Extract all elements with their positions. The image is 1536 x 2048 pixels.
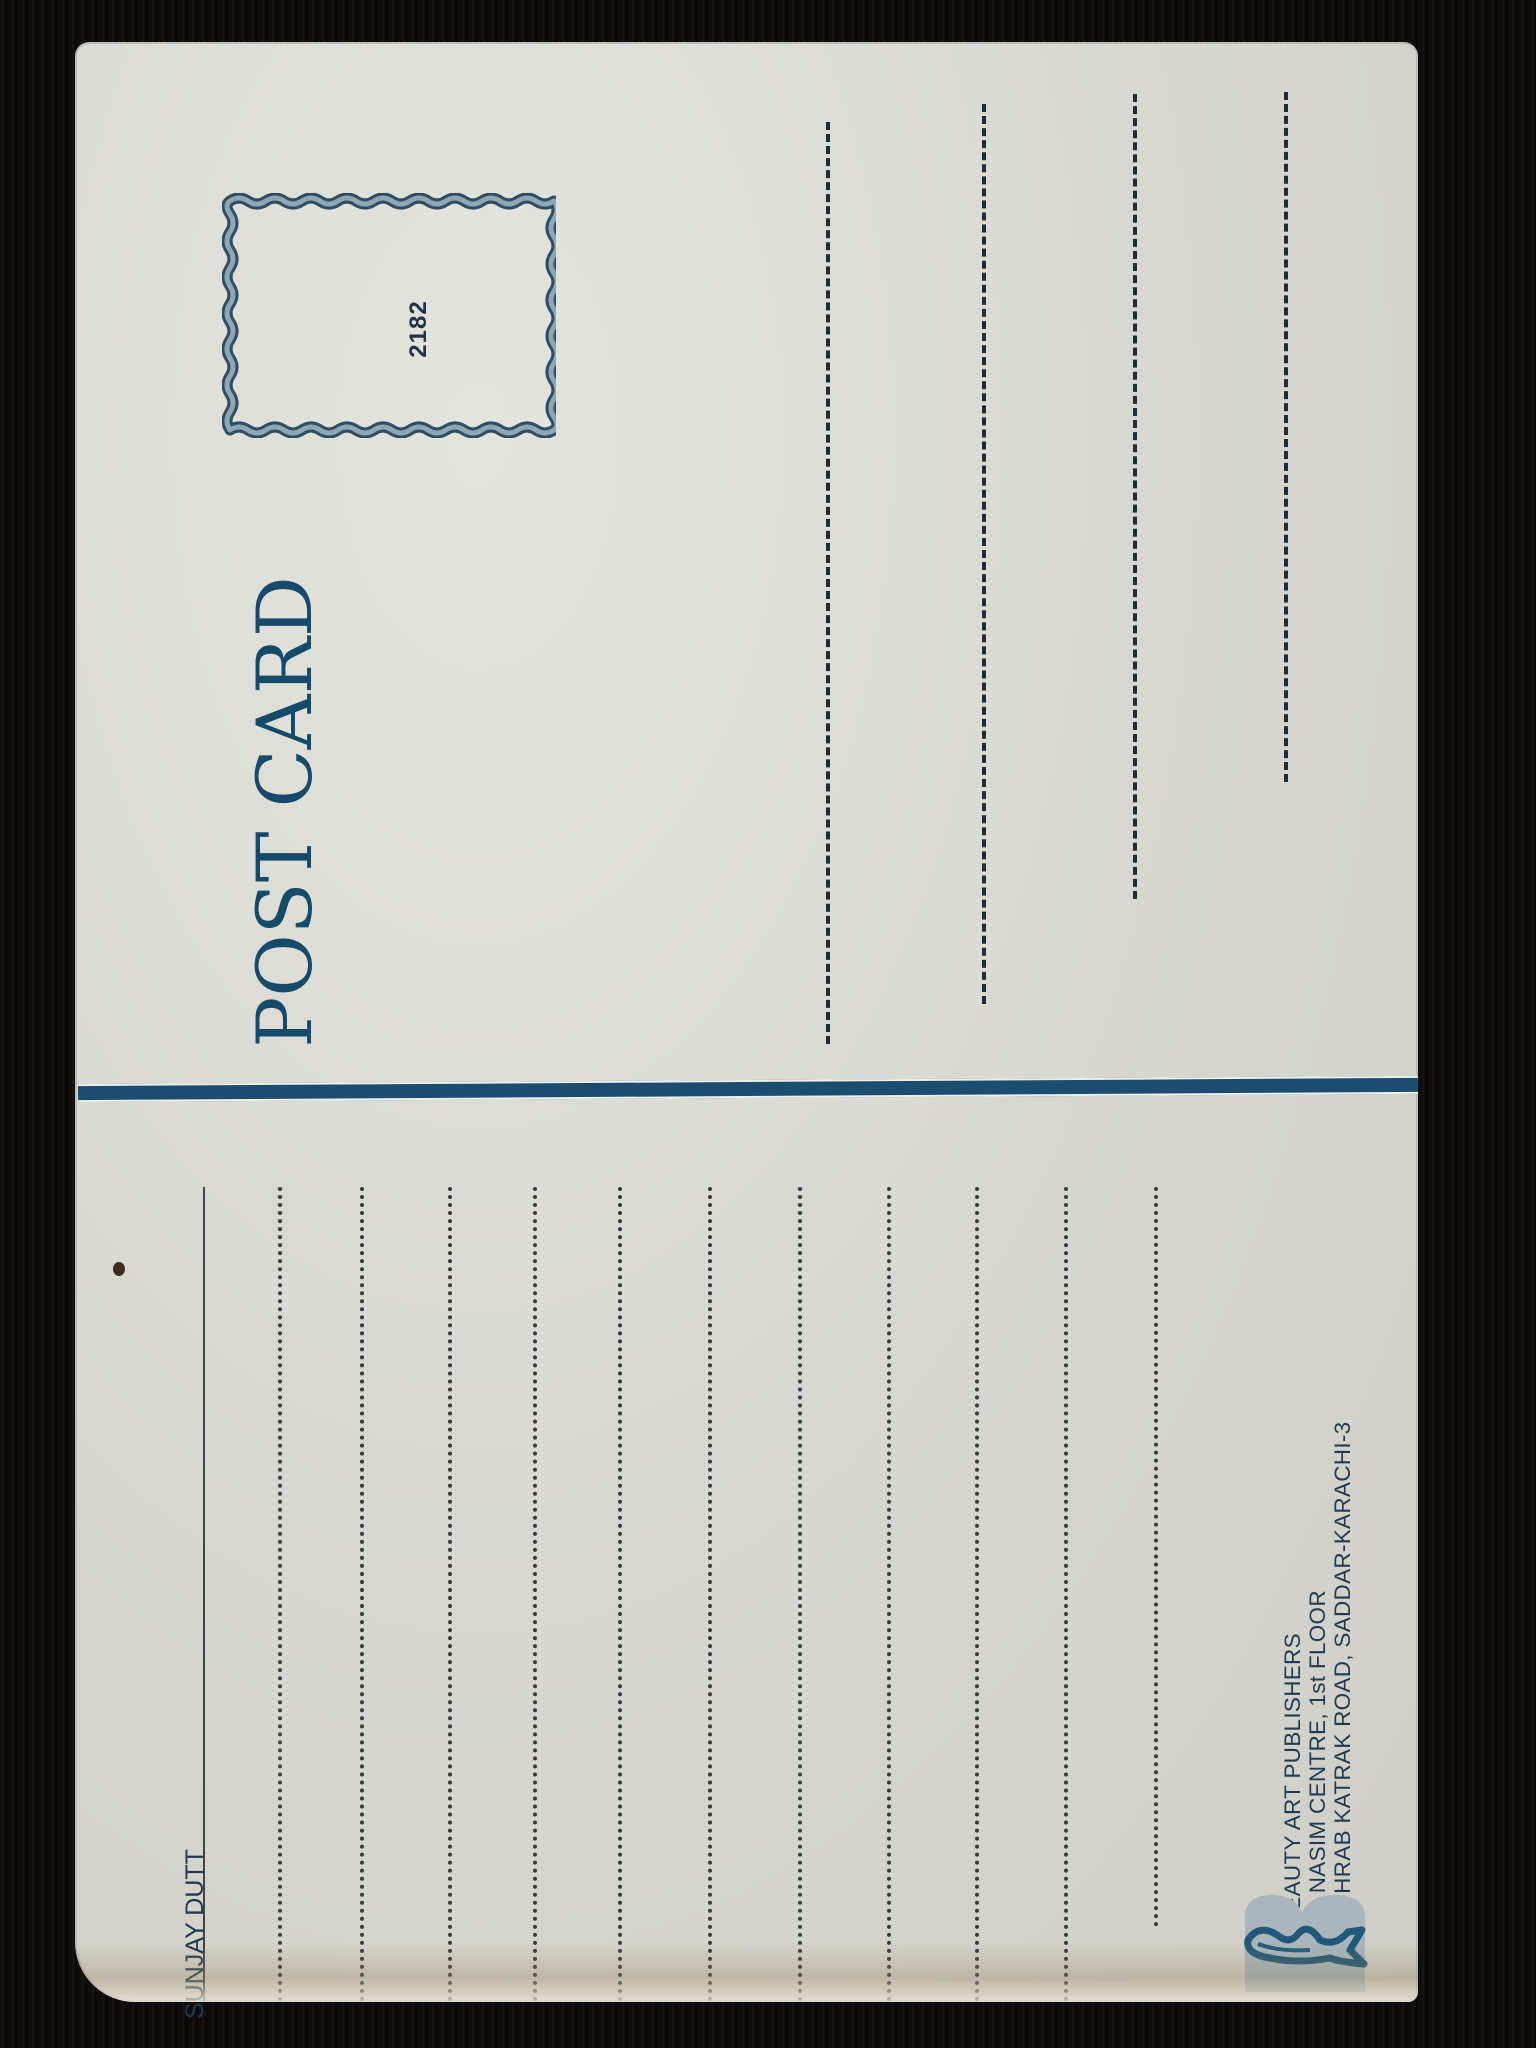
- stamp-number: 2182: [405, 294, 433, 364]
- message-line[interactable]: [1064, 1187, 1068, 2002]
- message-line[interactable]: [278, 1187, 282, 2002]
- post-card-title: POST CARD: [245, 562, 325, 1062]
- address-line-3[interactable]: [1133, 94, 1137, 899]
- address-line-1[interactable]: [826, 122, 830, 1044]
- stamp-frame-icon: [222, 193, 556, 438]
- message-line[interactable]: [975, 1187, 979, 2002]
- message-line[interactable]: [708, 1187, 712, 2002]
- message-line[interactable]: [798, 1187, 802, 2002]
- publisher-address-2: SOHRAB KATRAK ROAD, SADDAR-KARACHI-3: [1330, 1477, 1355, 1927]
- address-line-4[interactable]: [1284, 92, 1288, 782]
- message-line[interactable]: [533, 1187, 537, 2002]
- message-line[interactable]: [1154, 1187, 1158, 1927]
- message-line[interactable]: [618, 1187, 622, 2002]
- address-line-2[interactable]: [982, 104, 986, 1004]
- worn-edge: [75, 1942, 1418, 2002]
- message-line[interactable]: [360, 1187, 364, 2002]
- message-line[interactable]: [887, 1187, 891, 2002]
- publisher-name: BEAUTY ART PUBLISHERS: [1280, 1477, 1305, 1927]
- publisher-address-1: 9 - NASIM CENTRE, 1st FLOOR: [1305, 1477, 1330, 1927]
- stamp-area: 2182: [222, 193, 556, 438]
- ink-spot: [113, 1262, 125, 1276]
- postcard-back: 2182 POST CARD SUNJAY DUTT BEAUTY ART PU…: [75, 42, 1418, 2002]
- publisher-info: BEAUTY ART PUBLISHERS 9 - NASIM CENTRE, …: [1280, 1477, 1400, 1927]
- message-line[interactable]: [448, 1187, 452, 2002]
- center-divider: [78, 1076, 1418, 1102]
